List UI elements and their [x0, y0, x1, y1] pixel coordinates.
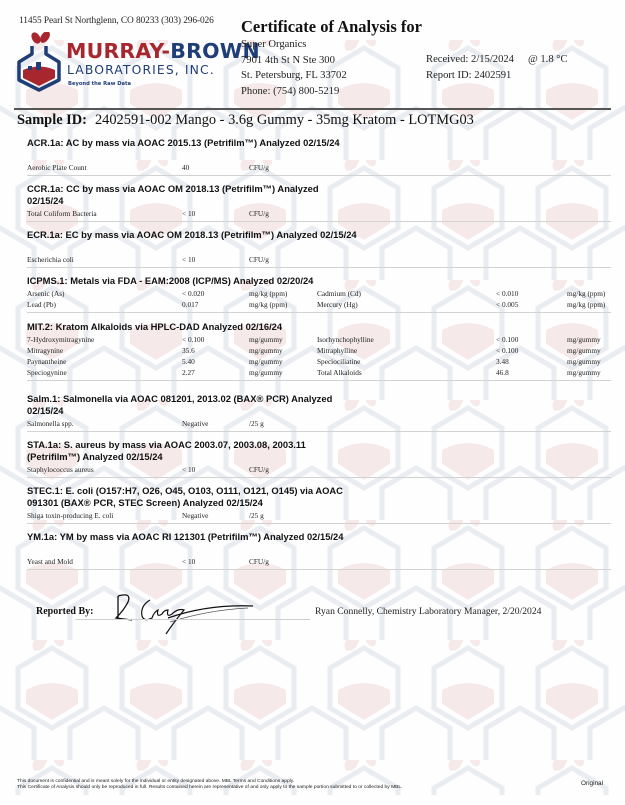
sample-id: Sample ID:2402591-002 Mango - 3.6g Gummy… — [17, 112, 474, 129]
section-divider — [27, 523, 611, 524]
result-value: < 0.100 — [496, 334, 518, 345]
analyte-name: Mitraphylline — [317, 345, 357, 356]
result-value: 35.6 — [182, 345, 195, 356]
analyte-name: Paynantheine — [27, 356, 66, 367]
lab-name-part1: MURRAY- — [66, 39, 170, 63]
analyte-name: Speciociliatine — [317, 356, 360, 367]
lab-name: MURRAY-BROWN — [66, 39, 260, 63]
result-unit: CFU/g — [249, 254, 269, 265]
result-value: Negative — [182, 418, 208, 429]
result-value: < 0.005 — [496, 299, 518, 310]
report-id-line: Report ID: 2402591 — [426, 68, 568, 84]
section-title: YM.1a: YM by mass via AOAC RI 121301 (Pe… — [27, 531, 357, 543]
result-value: < 0.010 — [496, 288, 518, 299]
analyte-name: Total Coliform Bacteria — [27, 208, 97, 219]
result-unit: CFU/g — [249, 208, 269, 219]
section-divider — [27, 175, 611, 176]
section-title: MIT.2: Kratom Alkaloids via HPLC-DAD Ana… — [27, 321, 587, 333]
result-unit: /25 g — [249, 510, 264, 521]
analyte-name: Cadmium (Cd) — [317, 288, 361, 299]
result-unit: mg/kg (ppm) — [249, 299, 287, 310]
received-temperature: @ 1.8 °C — [528, 54, 568, 65]
reported-by-label: Reported By: — [36, 606, 94, 617]
lab-subtitle: LABORATORIES, INC. — [67, 62, 215, 77]
result-value: < 10 — [182, 254, 195, 265]
section-title: Salm.1: Salmonella via AOAC 081201, 2013… — [27, 393, 357, 417]
received-label: Received: — [426, 54, 468, 65]
result-unit: CFU/g — [249, 464, 269, 475]
receipt-info: Received: 2/15/2024@ 1.8 °C Report ID: 2… — [426, 52, 568, 83]
report-id: 2402591 — [474, 70, 511, 81]
analyte-name: 7-Hydroxymitragynine — [27, 334, 94, 345]
analyte-name: Total Alkaloids — [317, 367, 362, 378]
result-unit: mg/gummy — [249, 345, 283, 356]
result-value: < 10 — [182, 208, 195, 219]
result-value: 40 — [182, 162, 189, 173]
client-info: Super Organics 7901 4th St N Ste 300 St.… — [241, 37, 347, 99]
analyte-name: Salmonella spp. — [27, 418, 74, 429]
analyte-name: Aerobic Plate Count — [27, 162, 87, 173]
signer-name: Ryan Connelly, Chemistry Laboratory Mana… — [315, 606, 541, 617]
section-title: STA.1a: S. aureus by mass via AOAC 2003.… — [27, 439, 357, 463]
result-unit: mg/gummy — [567, 345, 601, 356]
result-unit: mg/gummy — [249, 334, 283, 345]
disclaimer-line-2: This Certificate of Analysis should only… — [17, 785, 403, 791]
section-divider — [27, 431, 611, 432]
received-date: 2/15/2024 — [471, 54, 514, 65]
result-value: 46.8 — [496, 367, 509, 378]
result-unit: mg/gummy — [249, 356, 283, 367]
analyte-name: Mitragynine — [27, 345, 63, 356]
sample-id-value: 2402591-002 Mango - 3.6g Gummy - 35mg Kr… — [95, 112, 474, 128]
analyte-name: Arsenic (As) — [27, 288, 65, 299]
sample-id-label: Sample ID: — [17, 112, 87, 128]
result-value: 5.40 — [182, 356, 195, 367]
analyte-name: Escherichia coli — [27, 254, 74, 265]
client-street: 7901 4th St N Ste 300 — [241, 53, 347, 69]
client-phone: Phone: (754) 800-5219 — [241, 84, 347, 100]
analyte-name: Lead (Pb) — [27, 299, 56, 310]
header-divider — [14, 108, 611, 110]
result-value: 0.017 — [182, 299, 198, 310]
lab-address: 11455 Pearl St Northglenn, CO 80233 (303… — [19, 16, 214, 26]
result-unit: mg/gummy — [567, 334, 601, 345]
result-unit: mg/gummy — [567, 367, 601, 378]
section-divider — [27, 221, 611, 222]
result-value: 2.27 — [182, 367, 195, 378]
analyte-name: Yeast and Mold — [27, 556, 73, 567]
lab-logo: MURRAY-BROWN LABORATORIES, INC. Beyond t… — [14, 32, 224, 92]
certificate-title: Certificate of Analysis for — [241, 17, 422, 37]
section-divider — [27, 380, 611, 381]
report-id-label: Report ID: — [426, 70, 472, 81]
signature-image — [108, 588, 258, 638]
result-value: < 0.100 — [182, 334, 204, 345]
section-divider — [27, 312, 611, 313]
result-value: < 10 — [182, 464, 195, 475]
section-title: STEC.1: E. coli (O157:H7, O26, O45, O103… — [27, 485, 357, 509]
lab-tagline: Beyond the Raw Data — [68, 81, 131, 87]
analyte-name: Isorhynchophylline — [317, 334, 374, 345]
analyte-name: Shiga toxin-producing E. coli — [27, 510, 113, 521]
client-city: St. Petersburg, FL 33702 — [241, 68, 347, 84]
section-title: ACR.1a: AC by mass via AOAC 2015.13 (Pet… — [27, 137, 357, 149]
section-title: CCR.1a: CC by mass via AOAC OM 2018.13 (… — [27, 183, 357, 207]
analyte-name: Staphylococcus aureus — [27, 464, 94, 475]
result-unit: mg/kg (ppm) — [567, 299, 605, 310]
result-value: < 0.100 — [496, 345, 518, 356]
result-unit: CFU/g — [249, 162, 269, 173]
result-value: < 10 — [182, 556, 195, 567]
logo-watermark-pattern — [0, 40, 625, 795]
certificate-page: 11455 Pearl St Northglenn, CO 80233 (303… — [0, 0, 625, 805]
signature-line — [75, 619, 310, 620]
flask-logo-icon — [14, 32, 64, 92]
received-line: Received: 2/15/2024@ 1.8 °C — [426, 52, 568, 68]
document-status: Original — [581, 780, 603, 787]
result-value: < 0.020 — [182, 288, 204, 299]
section-divider — [27, 477, 611, 478]
footer-disclaimer: This document is confidential and is mea… — [17, 779, 403, 791]
analyte-name: Mercury (Hg) — [317, 299, 358, 310]
client-name: Super Organics — [241, 37, 347, 53]
result-unit: /25 g — [249, 418, 264, 429]
result-unit: mg/gummy — [567, 356, 601, 367]
section-title: ECR.1a: EC by mass via AOAC OM 2018.13 (… — [27, 229, 357, 241]
result-unit: mg/kg (ppm) — [567, 288, 605, 299]
result-unit: CFU/g — [249, 556, 269, 567]
result-unit: mg/gummy — [249, 367, 283, 378]
section-divider — [27, 569, 611, 570]
section-title: ICPMS.1: Metals via FDA - EAM:2008 (ICP/… — [27, 275, 587, 287]
analyte-name: Speciogynine — [27, 367, 67, 378]
result-value: 3.48 — [496, 356, 509, 367]
section-divider — [27, 267, 611, 268]
result-unit: mg/kg (ppm) — [249, 288, 287, 299]
result-value: Negative — [182, 510, 208, 521]
